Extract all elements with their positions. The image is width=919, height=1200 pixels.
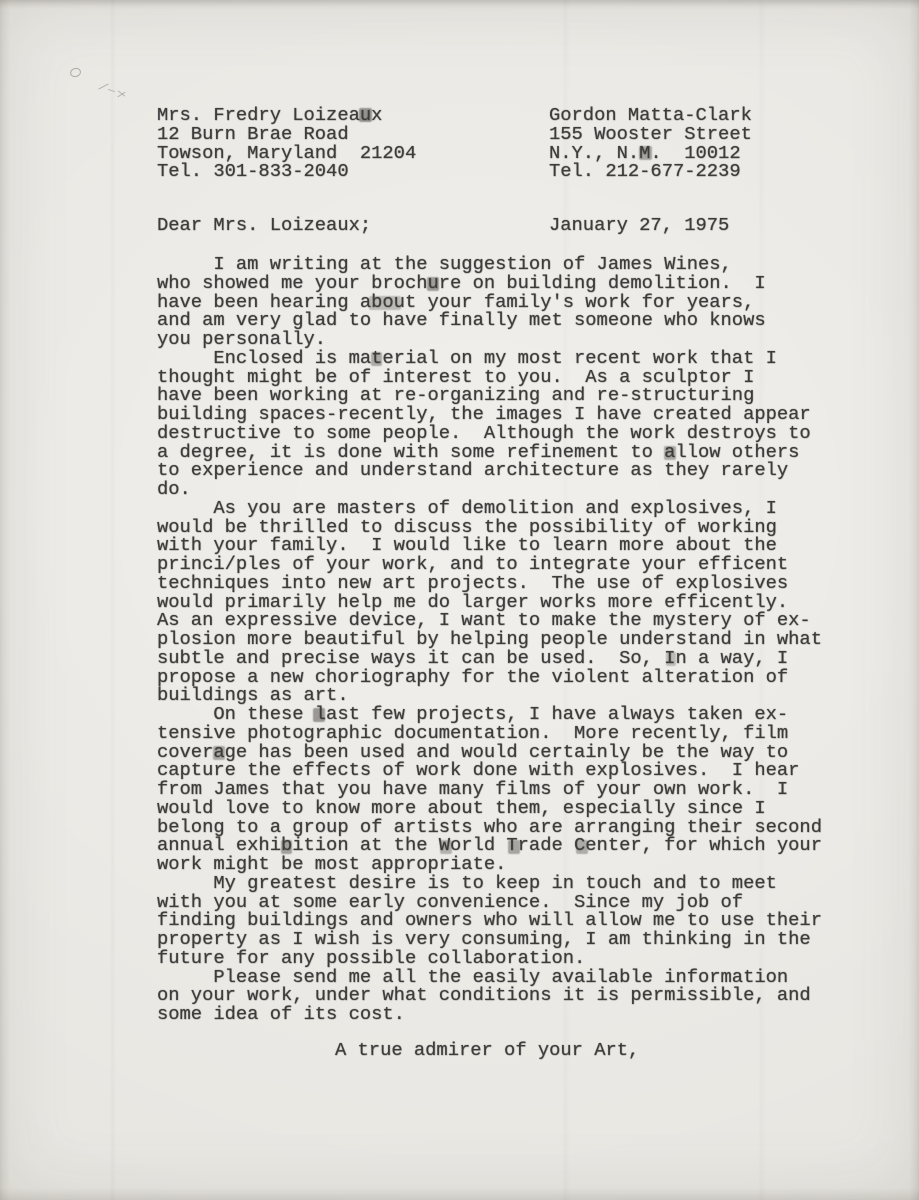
letter-line: techniques into new art projects. The us…: [157, 574, 822, 593]
letter-body: I am writing at the suggestion of James …: [157, 255, 822, 1024]
pencil-scribble-mark: [118, 90, 126, 96]
letter-line: property as I wish is very consuming, I …: [157, 930, 822, 949]
salutation: Dear Mrs. Loizeaux;: [157, 216, 371, 235]
salutation-row: Dear Mrs. Loizeaux; January 27, 1975: [0, 216, 919, 235]
letter-line: from James that you have many films of y…: [157, 780, 822, 799]
letter-line: future for any possible collaboration.: [157, 949, 822, 968]
letter-line: to experience and understand architectur…: [157, 461, 822, 480]
letter-line: My greatest desire is to keep in touch a…: [157, 874, 822, 893]
letter-line: 12 Burn Brae Road: [157, 125, 416, 144]
letter-page: Mrs. Fredry Loizeaux12 Burn Brae RoadTow…: [0, 0, 919, 1200]
letter-line: subtle and precise ways it can be used. …: [157, 649, 822, 668]
pencil-scribble-mark: [117, 92, 125, 98]
letter-line: who showed me your brochure on building …: [157, 274, 822, 293]
letter-line: 155 Wooster Street: [549, 125, 752, 144]
letter-line: plosion more beautiful by helping people…: [157, 630, 822, 649]
pencil-circle-mark: [69, 67, 82, 79]
letter-line: some idea of its cost.: [157, 1005, 822, 1024]
letter-line: Tel. 212-677-2239: [549, 162, 752, 181]
letter-line: would love to know more about them, espe…: [157, 799, 822, 818]
letter-line: I am writing at the suggestion of James …: [157, 255, 822, 274]
letter-line: As you are masters of demolition and exp…: [157, 499, 822, 518]
letter-line: work might be most appropriate.: [157, 855, 822, 874]
letter-line: princi/ples of your work, and to integra…: [157, 555, 822, 574]
letter-line: building spaces-recently, the images I h…: [157, 405, 822, 424]
letter-line: Enclosed is material on my most recent w…: [157, 349, 822, 368]
letter-line: Tel. 301-833-2040: [157, 162, 416, 181]
pencil-scribble-mark: [98, 83, 108, 89]
letter-line: tensive photographic documentation. More…: [157, 724, 822, 743]
letter-line: Mrs. Fredry Loizeaux: [157, 106, 416, 125]
letter-line: On these last few projects, I have alway…: [157, 705, 822, 724]
pencil-scribble-mark: [108, 89, 115, 92]
letter-line: Gordon Matta-Clark: [549, 106, 752, 125]
sender-address-block: Gordon Matta-Clark155 Wooster StreetN.Y.…: [549, 106, 752, 181]
letter-line: do.: [157, 480, 822, 499]
letter-line: destructive to some people. Although the…: [157, 424, 822, 443]
closing-line: A true admirer of your Art,: [335, 1041, 639, 1060]
recipient-address-block: Mrs. Fredry Loizeaux12 Burn Brae RoadTow…: [157, 106, 416, 181]
letter-date: January 27, 1975: [549, 216, 729, 235]
letter-line: you personally.: [157, 330, 822, 349]
